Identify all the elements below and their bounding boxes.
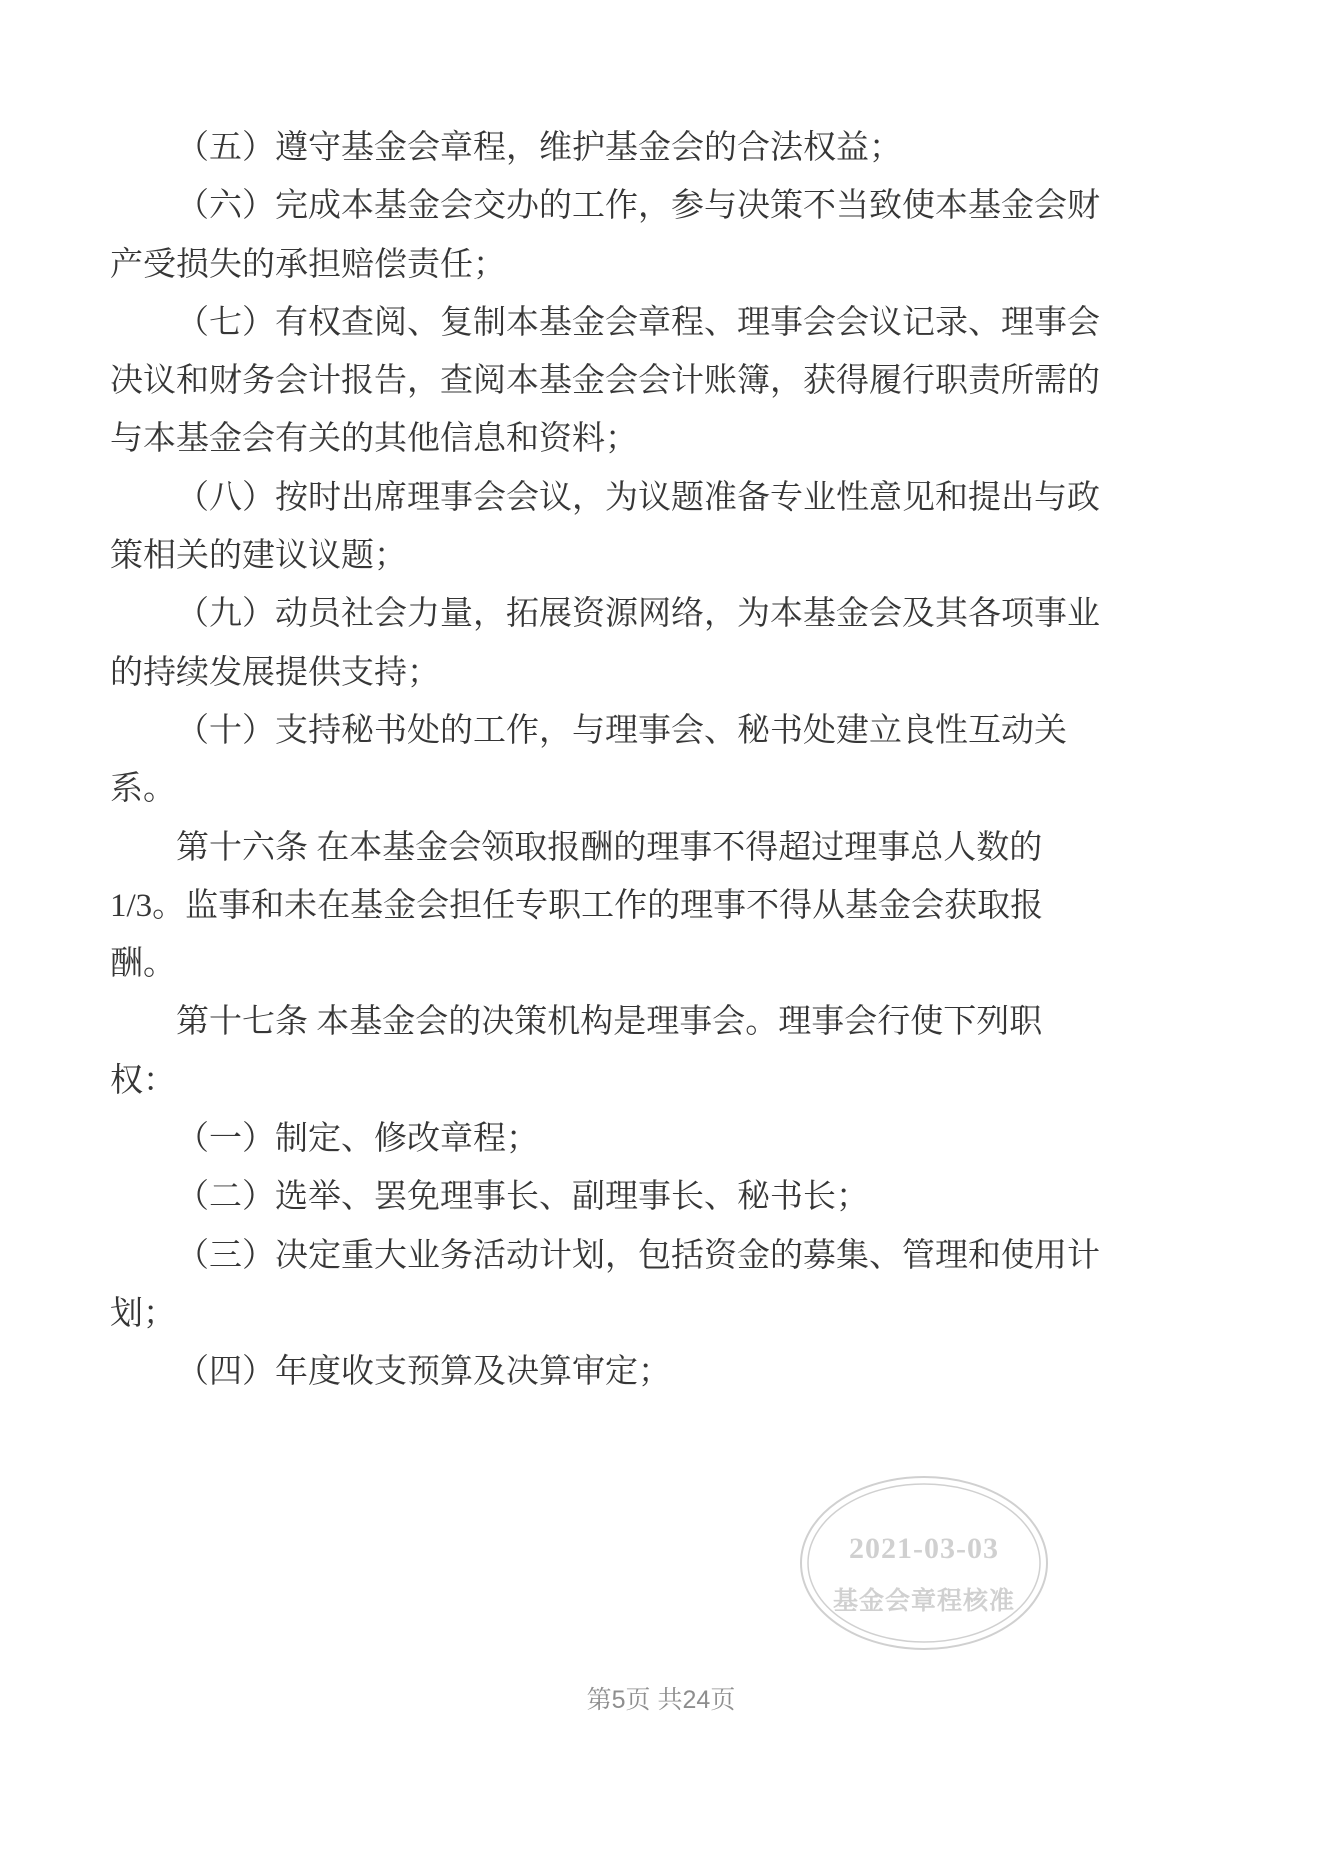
paragraph: （六）完成本基金会交办的工作，参与决策不当致使本基金会财产受损失的承担赔偿责任； [110,177,1102,294]
paragraph: （五）遵守基金会章程，维护基金会的合法权益； [110,119,1102,177]
stamp-caption: 基金会章程核准 [798,1588,1050,1616]
paragraph: （九）动员社会力量，拓展资源网络，为本基金会及其各项事业的持续发展提供支持； [110,585,1102,702]
document-page: （五）遵守基金会章程，维护基金会的合法权益； （六）完成本基金会交办的工作，参与… [0,0,1322,1869]
paragraph: 第十七条 本基金会的决策机构是理事会。理事会行使下列职权： [110,993,1102,1110]
stamp-date: 2021-03-03 [798,1534,1050,1564]
stamp-ellipse-icon [798,1473,1050,1655]
paragraph: （三）决定重大业务活动计划，包括资金的募集、管理和使用计划； [110,1227,1102,1344]
paragraph: （十）支持秘书处的工作，与理事会、秘书处建立良性互动关系。 [110,702,1102,819]
paragraph: （四）年度收支预算及决算审定； [110,1343,1102,1401]
page-footer: 第5页 共24页 [0,1686,1322,1714]
document-body: （五）遵守基金会章程，维护基金会的合法权益； （六）完成本基金会交办的工作，参与… [110,119,1102,1402]
paragraph: 第十六条 在本基金会领取报酬的理事不得超过理事总人数的1/3。监事和未在基金会担… [110,819,1102,994]
paragraph: （二）选举、罢免理事长、副理事长、秘书长； [110,1168,1102,1226]
paragraph: （一）制定、修改章程； [110,1110,1102,1168]
paragraph: （七）有权查阅、复制本基金会章程、理事会会议记录、理事会决议和财务会计报告，查阅… [110,294,1102,469]
approval-stamp: 2021-03-03 基金会章程核准 [798,1473,1050,1655]
paragraph: （八）按时出席理事会会议，为议题准备专业性意见和提出与政策相关的建议议题； [110,469,1102,586]
